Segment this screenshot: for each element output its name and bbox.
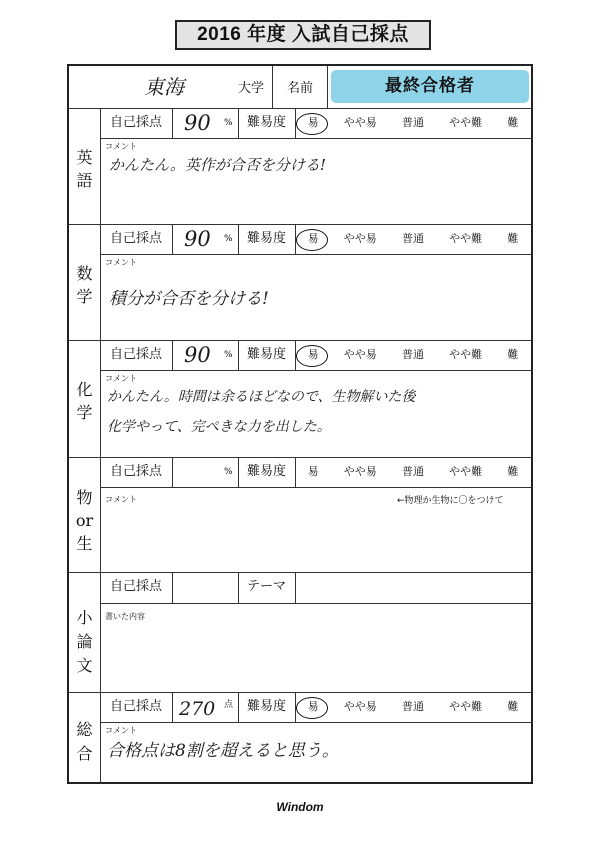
difficulty-option-somewhat-hard[interactable]: やや難: [447, 457, 484, 487]
divider: [100, 138, 531, 139]
divider: [100, 722, 531, 723]
subject-physics-or-biology: 物 or 生: [69, 486, 100, 555]
divider: [100, 254, 531, 255]
difficulty-options: 易 やや易 普通 やや難 難: [295, 108, 531, 138]
comment-label: コメント: [105, 494, 137, 505]
physics-or-bio-comment[interactable]: [101, 506, 530, 570]
subject-chemistry: 化学: [69, 378, 100, 424]
difficulty-option-normal[interactable]: 普通: [400, 224, 426, 254]
subject-label[interactable]: 生: [69, 532, 100, 555]
difficulty-label: 難易度: [238, 692, 295, 722]
difficulty-label: 難易度: [238, 224, 295, 254]
difficulty-option-easy[interactable]: 易: [306, 224, 321, 254]
theme-label: テーマ: [238, 572, 295, 602]
difficulty-options: 易 やや易 普通 やや難 難: [295, 692, 531, 722]
divider: [172, 457, 173, 487]
difficulty-option-hard[interactable]: 難: [505, 108, 520, 138]
self-score-label: 自己採点: [100, 108, 172, 138]
page-title: 2016 年度 入試自己採点: [175, 20, 431, 50]
subject-label: 数学: [76, 264, 92, 306]
chemistry-comment-line-2[interactable]: 化学やって、完ぺきな力を出した。: [107, 412, 331, 442]
subject-label: or: [69, 509, 100, 532]
self-score-label: 自己採点: [100, 340, 172, 370]
divider: [100, 603, 531, 604]
difficulty-options: 易 やや易 普通 やや難 難: [295, 340, 531, 370]
score-sheet: 東海 大学 名前 最終合格者 英語 自己採点 90 % 難易度 易 やや易 普通…: [67, 64, 533, 784]
difficulty-option-normal[interactable]: 普通: [400, 340, 426, 370]
difficulty-option-hard[interactable]: 難: [505, 457, 520, 487]
subject-math: 数学: [69, 262, 100, 308]
difficulty-label: 難易度: [238, 108, 295, 138]
difficulty-option-somewhat-easy[interactable]: やや易: [342, 340, 379, 370]
subject-label: 化学: [76, 380, 92, 422]
difficulty-option-hard[interactable]: 難: [505, 224, 520, 254]
written-content-label: 書いた内容: [105, 611, 145, 622]
math-score[interactable]: 90: [184, 224, 211, 254]
essay-content[interactable]: [101, 622, 530, 690]
difficulty-option-somewhat-easy[interactable]: やや易: [342, 108, 379, 138]
chemistry-score[interactable]: 90: [184, 340, 211, 370]
difficulty-option-normal[interactable]: 普通: [400, 457, 426, 487]
comment-label: コメント: [105, 725, 137, 736]
subject-total: 総合: [69, 718, 100, 766]
subject-label: 英語: [76, 148, 92, 190]
difficulty-option-hard[interactable]: 難: [505, 692, 520, 722]
subject-essay: 小論文: [69, 606, 100, 678]
difficulty-option-somewhat-hard[interactable]: やや難: [447, 108, 484, 138]
comment-label: コメント: [105, 257, 137, 268]
difficulty-option-somewhat-hard[interactable]: やや難: [447, 224, 484, 254]
difficulty-option-easy[interactable]: 易: [306, 108, 321, 138]
subject-label: 総合: [76, 718, 94, 766]
self-score-label: 自己採点: [100, 692, 172, 722]
university-value[interactable]: 東海: [109, 72, 219, 102]
self-score-label: 自己採点: [100, 572, 172, 602]
divider: [172, 224, 173, 254]
difficulty-options: 易 やや易 普通 やや難 難: [295, 457, 531, 487]
divider: [100, 487, 531, 488]
unit-label: 点: [224, 690, 233, 720]
total-comment[interactable]: 合格点は8割を超えると思う。: [107, 736, 339, 766]
unit-label: %: [224, 340, 233, 370]
total-score[interactable]: 270: [179, 694, 215, 724]
subject-label: 小論文: [76, 606, 94, 678]
difficulty-option-easy[interactable]: 易: [306, 340, 321, 370]
name-value-banner[interactable]: 最終合格者: [331, 70, 529, 103]
difficulty-option-hard[interactable]: 難: [505, 340, 520, 370]
name-label: 名前: [273, 77, 327, 96]
difficulty-option-somewhat-hard[interactable]: やや難: [447, 692, 484, 722]
difficulty-label: 難易度: [238, 457, 295, 487]
difficulty-options: 易 やや易 普通 やや難 難: [295, 224, 531, 254]
unit-label: %: [224, 108, 233, 138]
divider: [172, 692, 173, 722]
difficulty-option-normal[interactable]: 普通: [400, 692, 426, 722]
divider: [100, 370, 531, 371]
divider: [172, 108, 173, 138]
difficulty-option-normal[interactable]: 普通: [400, 108, 426, 138]
difficulty-option-somewhat-easy[interactable]: やや易: [342, 692, 379, 722]
divider: [172, 340, 173, 370]
difficulty-option-easy[interactable]: 易: [306, 692, 321, 722]
self-score-label: 自己採点: [100, 224, 172, 254]
chemistry-comment-line-1[interactable]: かんたん。時間は余るほどなので、生物解いた後: [107, 382, 416, 412]
unit-label: %: [224, 224, 233, 254]
subject-english: 英語: [69, 146, 100, 192]
divider: [327, 66, 328, 108]
difficulty-option-somewhat-easy[interactable]: やや易: [342, 457, 379, 487]
difficulty-option-somewhat-hard[interactable]: やや難: [447, 340, 484, 370]
footer-brand: Windom: [0, 800, 600, 814]
university-label: 大学: [231, 77, 271, 96]
difficulty-label: 難易度: [238, 340, 295, 370]
difficulty-option-easy[interactable]: 易: [306, 457, 321, 487]
english-score[interactable]: 90: [184, 108, 211, 138]
difficulty-option-somewhat-easy[interactable]: やや易: [342, 224, 379, 254]
essay-theme[interactable]: [296, 572, 531, 603]
unit-label: %: [224, 457, 233, 487]
instruction-note: ←物理か生物に〇をつけて: [397, 493, 504, 506]
subject-label[interactable]: 物: [69, 486, 100, 509]
self-score-label: 自己採点: [100, 457, 172, 487]
essay-score[interactable]: [173, 572, 238, 603]
math-comment[interactable]: 積分が合否を分ける!: [109, 284, 269, 314]
english-comment[interactable]: かんたん。英作が合否を分ける!: [109, 150, 326, 180]
